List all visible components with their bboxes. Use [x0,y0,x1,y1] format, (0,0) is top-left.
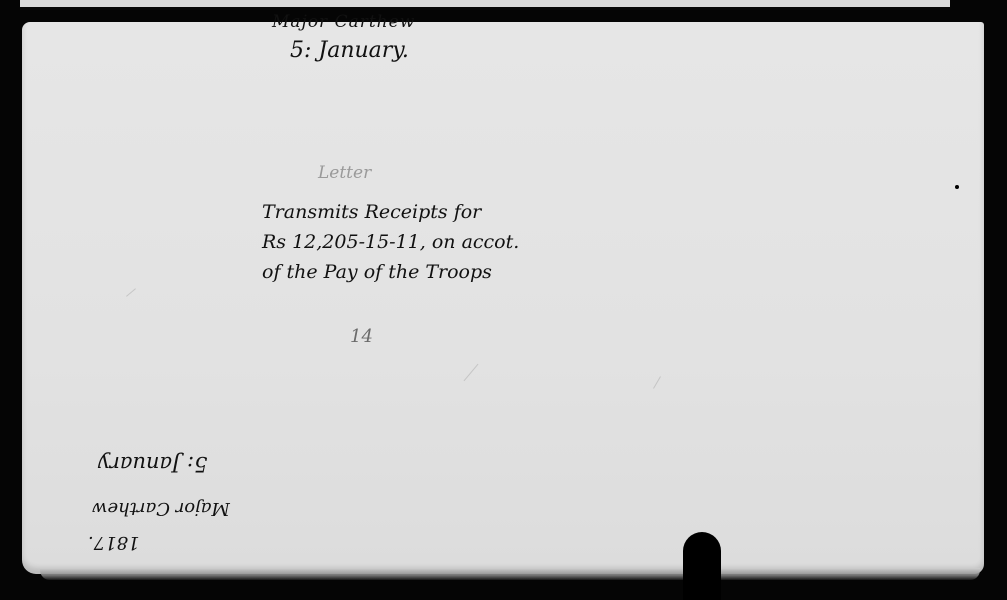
document-type-label: Letter [318,163,371,183]
ink-dot [955,185,959,189]
document-summary: Transmits Receipts for Rs 12,205-15-11, … [262,197,519,287]
header-name: Major Carthew [272,12,415,32]
summary-line: of the Pay of the Troops [262,257,519,287]
folio-number: 14 [350,326,373,347]
endorsement-date: 5: January [98,452,208,476]
summary-line: Rs 12,205-15-11, on accot. [262,227,519,257]
manuscript-page [22,22,984,574]
header-date: 5: January. [290,38,409,63]
previous-page-edge [20,0,950,7]
endorsement-name: Major Carthew [92,498,230,519]
summary-line: Transmits Receipts for [262,197,519,227]
page-bottom-edge [40,568,980,580]
endorsement-year: 1817. [88,532,140,553]
binding-tab [683,532,721,600]
